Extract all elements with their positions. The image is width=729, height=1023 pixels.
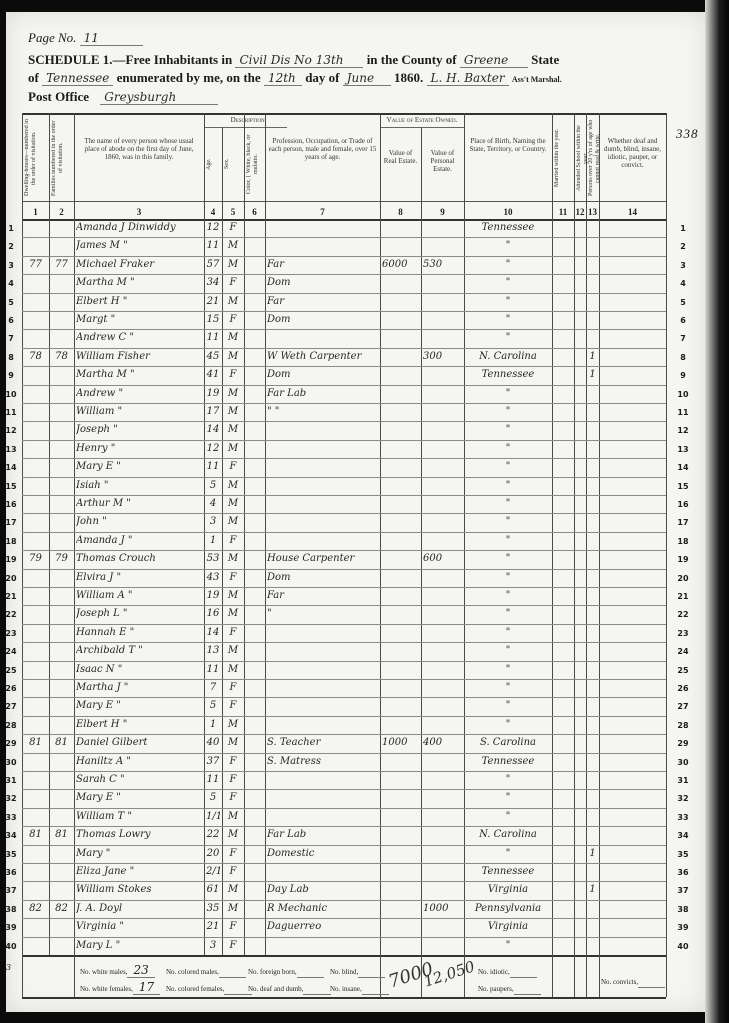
cell-dwelling: 81 [24,737,47,748]
cell-birth: " [466,719,550,730]
row-rule [22,679,666,680]
cell-birth: " [466,940,550,951]
cell-age: 4 [206,498,220,509]
cell-occupation: Dom [267,314,378,325]
row-rule [22,274,666,275]
row-number-right: 2 [674,242,692,251]
cell-personal: 300 [423,351,462,362]
cell-birth: " [466,406,550,417]
column-rule [464,113,465,997]
cell-age: 5 [206,792,220,803]
cell-age: 1 [206,719,220,730]
cell-age: 19 [206,388,220,399]
cell-sex: M [224,480,242,491]
cell-birth: " [466,424,550,435]
page-no-value: 11 [80,31,143,46]
cell-birth: " [466,516,550,527]
insane-label: No. insane, [330,985,362,993]
cell-name: Michael Fraker [76,259,202,270]
month-value: June [343,71,391,86]
cell-dwelling: 81 [24,829,47,840]
cell-sex: F [224,700,242,711]
column-rule [244,113,245,955]
cell-name: Joseph " [76,424,202,435]
footer-top-border [22,955,666,957]
cell-dwelling: 78 [24,351,47,362]
cell-sex: F [224,627,242,638]
row-number-left: 21 [2,592,20,601]
row-number-right: 21 [674,592,692,601]
enumerated-label: enumerated by me, on the [117,70,261,85]
column-rule [666,113,667,997]
column-number-1: 1 [22,207,49,217]
cell-name: Virginia " [76,921,202,932]
cell-age: 1/12 [206,811,220,822]
cell-sex: M [224,332,242,343]
column-rule [421,127,422,997]
column-heading-2: Families numbered in the order of visita… [51,119,72,197]
row-number-right: 31 [674,776,692,785]
cell-age: 12 [206,443,220,454]
row-rule [22,753,666,754]
cell-col13: 1 [588,884,597,895]
page-number-line: Page No. 11 [28,30,143,46]
cell-age: 45 [206,351,220,362]
row-number-left: 23 [2,629,20,638]
cell-name: James M " [76,240,202,251]
header-divider [22,201,666,202]
cell-age: 11 [206,240,220,251]
cell-name: Mary " [76,848,202,859]
cell-age: 5 [206,700,220,711]
cell-name: William A " [76,590,202,601]
cell-family: 77 [51,259,72,270]
row-rule [22,513,666,514]
cell-sex: F [224,461,242,472]
column-heading-10: Place of Birth, Naming the State, Territ… [467,137,549,153]
cell-age: 34 [206,277,220,288]
column-number-10: 10 [464,207,552,217]
cell-personal: 530 [423,259,462,270]
row-number-right: 28 [674,721,692,730]
cell-occupation: Dom [267,277,378,288]
row-number-right: 7 [674,334,692,343]
cell-sex: F [224,369,242,380]
row-rule [22,403,666,404]
row-number-right: 35 [674,850,692,859]
post-office-value: Greysburgh [100,90,218,105]
row-rule [22,477,666,478]
cell-age: 11 [206,774,220,785]
cell-sex: M [224,406,242,417]
row-number-left: 28 [2,721,20,730]
cell-birth: " [466,664,550,675]
row-number-left: 37 [2,886,20,895]
row-number-right: 29 [674,739,692,748]
cell-sex: M [224,608,242,619]
cell-sex: M [224,737,242,748]
column-heading-9: Value of Personal Estate. [424,149,461,173]
cell-birth: N. Carolina [466,829,550,840]
cell-personal: 1000 [423,903,462,914]
row-number-right: 4 [674,279,692,288]
row-number-left: 13 [2,445,20,454]
cell-occupation: " [267,608,378,619]
column-heading-6: Color, { White, black, or mulatto. [246,131,263,197]
cell-name: Elvira J " [76,572,202,583]
row-number-left: 10 [2,390,20,399]
cell-col13: 1 [588,369,597,380]
row-rule [22,661,666,662]
cell-sex: M [224,296,242,307]
cell-personal: 600 [423,553,462,564]
cell-birth: Tennessee [466,222,550,233]
cell-age: 57 [206,259,220,270]
row-number-right: 37 [674,886,692,895]
row-rule [22,421,666,422]
table-top-border [22,113,666,115]
cell-sex: F [224,866,242,877]
cell-name: Andrew C " [76,332,202,343]
cell-sex: F [224,921,242,932]
column-number-14: 14 [599,207,666,217]
post-office-label: Post Office [28,89,89,104]
cell-sex: M [224,351,242,362]
cell-age: 53 [206,553,220,564]
cell-occupation: S. Matress [267,756,378,767]
cell-name: Andrew " [76,388,202,399]
cell-name: Amanda J Dinwiddy [76,222,202,233]
row-rule [22,237,666,238]
row-rule [22,440,666,441]
cell-sex: M [224,498,242,509]
row-number-right: 16 [674,500,692,509]
cell-birth: Tennessee [466,756,550,767]
cell-dwelling: 77 [24,259,47,270]
row-rule [22,605,666,606]
cell-name: Amanda J " [76,535,202,546]
row-number-right: 34 [674,831,692,840]
cell-sex: F [224,940,242,951]
row-number-left: 16 [2,500,20,509]
cell-name: Martha M " [76,277,202,288]
cell-occupation: Far Lab [267,829,378,840]
cell-age: 3 [206,516,220,527]
column-number-8: 8 [380,207,421,217]
column-number-divider [22,219,666,221]
row-number-right: 18 [674,537,692,546]
description-group-label: Description. [208,116,289,124]
row-number-left: 35 [2,850,20,859]
colored-males: No. colored males, [166,963,246,977]
row-rule [22,311,666,312]
enumeration-line: of Tennessee enumerated by me, on the 12… [28,70,562,86]
foreign-born-value [297,963,324,978]
cell-sex: F [224,792,242,803]
row-number-left: 2 [2,242,20,251]
cell-age: 15 [206,314,220,325]
row-number-left: 34 [2,831,20,840]
cell-age: 17 [206,406,220,417]
deaf-dumb: No. deaf and dumb, [248,980,331,994]
cell-family: 79 [51,553,72,564]
cell-occupation: R Mechanic [267,903,378,914]
row-number-right: 22 [674,610,692,619]
row-number-left: 27 [2,702,20,711]
row-number-right: 36 [674,868,692,877]
state-label: State [531,52,559,67]
cell-name: Hannah E " [76,627,202,638]
cell-name: Margt " [76,314,202,325]
column-rule [22,113,23,997]
white-females-label: No. white females, [80,985,133,993]
row-number-left: 11 [2,408,20,417]
sheet-number: 338 [676,126,699,142]
cell-name: William Fisher [76,351,202,362]
deaf-dumb-value [303,980,330,995]
column-number-12: 12 [574,207,586,217]
row-number-right: 24 [674,647,692,656]
idiotic-value [510,963,537,978]
cell-birth: " [466,848,550,859]
cell-real: 6000 [382,259,419,270]
column-rule [586,113,587,997]
cell-sex: M [224,240,242,251]
insane-value [362,980,389,995]
row-number-left: 36 [2,868,20,877]
cell-sex: F [224,756,242,767]
cell-age: 11 [206,664,220,675]
cell-name: Mary E " [76,461,202,472]
column-rule [204,113,205,955]
cell-sex: F [224,314,242,325]
day-of-label: day of [305,70,339,85]
row-rule [22,863,666,864]
white-females: No. white females,17 [80,980,160,994]
column-rule [49,113,50,955]
row-number-left: 9 [2,371,20,380]
county-value: Greene [460,53,528,68]
cell-name: Arthur M " [76,498,202,509]
cell-occupation: Far Lab [267,388,378,399]
row-number-left: 19 [2,555,20,564]
cell-occupation: Far [267,259,378,270]
cell-occupation: House Carpenter [267,553,378,564]
row-number-right: 9 [674,371,692,380]
cell-name: Elbert H " [76,719,202,730]
row-rule [22,881,666,882]
cell-family: 78 [51,351,72,362]
white-males-label: No. white males, [80,968,127,976]
row-rule [22,642,666,643]
row-number-left: 25 [2,666,20,675]
row-number-left: 1 [2,224,20,233]
row-rule [22,697,666,698]
page-no-label: Page No. [28,30,76,45]
white-males: No. white males,23 [80,963,155,977]
row-number-left: 31 [2,776,20,785]
foreign-born-label: No. foreign born, [248,968,297,976]
row-number-right: 25 [674,666,692,675]
cell-sex: F [224,682,242,693]
row-rule [22,366,666,367]
row-number-left: 15 [2,482,20,491]
cell-real: 1000 [382,737,419,748]
blind-value [358,963,385,978]
value-divider [380,127,464,128]
column-rule [222,127,223,955]
cell-age: 7 [206,682,220,693]
row-rule [22,845,666,846]
column-number-13: 13 [586,207,599,217]
cell-occupation: Far [267,296,378,307]
cell-birth: " [466,572,550,583]
cell-age: 11 [206,461,220,472]
row-number-left: 29 [2,739,20,748]
row-number-right: 14 [674,463,692,472]
cell-age: 40 [206,737,220,748]
cell-name: Mary L " [76,940,202,951]
cell-birth: " [466,332,550,343]
row-rule [22,348,666,349]
schedule-line: SCHEDULE 1.—Free Inhabitants in Civil Di… [28,52,559,68]
row-rule [22,458,666,459]
column-rule [599,113,600,997]
row-number-left: 7 [2,334,20,343]
cell-age: 14 [206,424,220,435]
row-number-left: 40 [2,942,20,951]
idiotic: No. idiotic, [478,963,537,977]
row-number-left: 5 [2,298,20,307]
column-heading-7: Profession, Occupation, or Trade of each… [268,137,377,161]
row-rule [22,293,666,294]
row-rule [22,789,666,790]
cell-birth: " [466,259,550,270]
row-rule [22,826,666,827]
row-rule [22,569,666,570]
row-rule [22,734,666,735]
schedule-label: SCHEDULE 1.—Free Inhabitants in [28,52,232,67]
cell-age: 13 [206,645,220,656]
row-number-right: 1 [674,224,692,233]
cell-col13: 1 [588,848,597,859]
cell-name: Haniltz A " [76,756,202,767]
row-number-right: 11 [674,408,692,417]
cell-occupation: Domestic [267,848,378,859]
cell-sex: M [224,645,242,656]
cell-age: 2/12 [206,866,220,877]
row-number-left: 24 [2,647,20,656]
cell-name: William Stokes [76,884,202,895]
cell-birth: " [466,498,550,509]
cell-name: Joseph L " [76,608,202,619]
cell-birth: " [466,590,550,601]
cell-sex: M [224,590,242,601]
row-number-left: 22 [2,610,20,619]
row-number-right: 19 [674,555,692,564]
row-number-right: 23 [674,629,692,638]
cell-family: 81 [51,829,72,840]
district-value: Civil Dis No 13th [235,53,363,68]
cell-name: Thomas Crouch [76,553,202,564]
cell-age: 41 [206,369,220,380]
row-rule [22,937,666,938]
insane: No. insane, [330,980,389,994]
cell-sex: M [224,884,242,895]
cell-sex: M [224,811,242,822]
row-number-left: 20 [2,574,20,583]
row-rule [22,808,666,809]
cell-age: 14 [206,627,220,638]
paupers-value [514,980,541,995]
paupers: No. paupers, [478,980,541,994]
cell-occupation: Far [267,590,378,601]
county-label: in the County of [367,52,457,67]
cell-sex: M [224,719,242,730]
cell-sex: M [224,829,242,840]
column-heading-4: Age. [206,131,220,197]
cell-sex: F [224,277,242,288]
row-number-right: 5 [674,298,692,307]
cell-name: Martha M " [76,369,202,380]
cell-sex: M [224,903,242,914]
cell-age: 3 [206,940,220,951]
of-label: of [28,70,39,85]
scan-edge [705,0,729,1023]
cell-birth: " [466,792,550,803]
cell-age: 19 [206,590,220,601]
colored-males-value [219,963,246,978]
row-number-right: 32 [674,794,692,803]
row-number-left: 4 [2,279,20,288]
paupers-label: No. paupers, [478,985,514,993]
column-rule [574,113,575,997]
colored-females-label: No. colored females, [166,985,224,993]
cell-birth: " [466,627,550,638]
row-number-left: 26 [2,684,20,693]
cell-name: William T " [76,811,202,822]
column-heading-12: Attended School within the year. [576,119,584,197]
row-number-right: 3 [674,261,692,270]
state-value: Tennessee [42,71,113,86]
cell-birth: N. Carolina [466,351,550,362]
cell-sex: M [224,259,242,270]
cell-sex: F [224,535,242,546]
cell-age: 12 [206,222,220,233]
row-number-left: 17 [2,518,20,527]
row-number-left: 14 [2,463,20,472]
row-number-right: 6 [674,316,692,325]
column-heading-11: Married within the year. [554,119,572,197]
cell-birth: " [466,240,550,251]
value-of-estate-label: Value of Estate Owned. [380,116,464,124]
deaf-dumb-label: No. deaf and dumb, [248,985,303,993]
column-heading-1: Dwelling-houses—numbered in the order of… [24,119,47,197]
cell-birth: " [466,535,550,546]
row-rule [22,918,666,919]
cell-birth: Pennsylvania [466,903,550,914]
cell-name: Mary E " [76,792,202,803]
census-table: Description.Value of Estate Owned.Dwelli… [22,113,666,1013]
row-number-right: 15 [674,482,692,491]
column-rule [265,113,266,955]
row-number-left: 30 [2,758,20,767]
row-number-right: 17 [674,518,692,527]
idiotic-label: No. idiotic, [478,968,510,976]
cell-birth: " [466,774,550,785]
cell-age: 5 [206,480,220,491]
white-males-value: 23 [127,963,154,978]
